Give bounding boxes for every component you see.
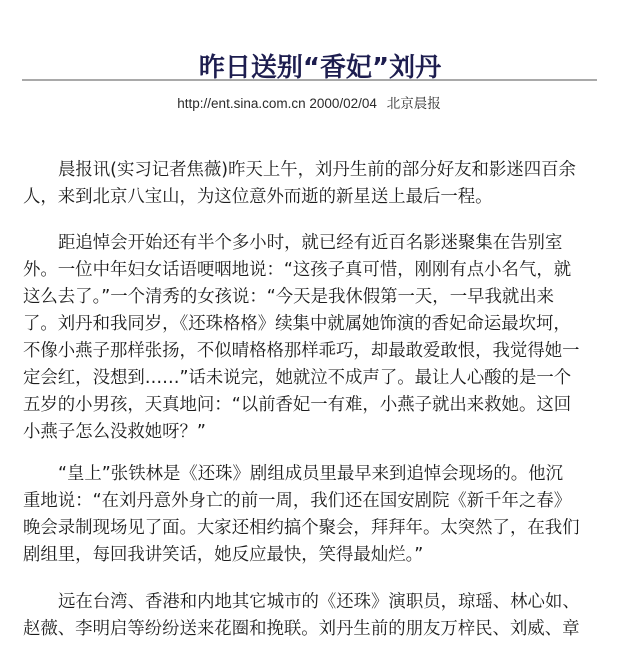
title-divider bbox=[22, 79, 597, 81]
paragraph-line: 赵薇、李明启等纷纷送来花圈和挽联。刘丹生前的朋友万梓民、刘威、章 bbox=[23, 616, 603, 643]
paragraph-line: 远在台湾、香港和内地其它城市的《还珠》演职员，琼瑶、林心如、 bbox=[23, 589, 603, 616]
paragraph-line: 晚会录制现场见了面。大家还相约搞个聚会，拜拜年。太突然了，在我们 bbox=[23, 515, 603, 542]
paragraph-line: 晨报讯(实习记者焦薇)昨天上午，刘丹生前的部分好友和影迷四百余 bbox=[23, 157, 603, 184]
paragraph-line: 定会红，没想到……”话未说完，她就泣不成声了。最让人心酸的是一个 bbox=[23, 365, 603, 392]
paragraph-line: 人，来到北京八宝山，为这位意外而逝的新星送上最后一程。 bbox=[23, 184, 603, 211]
paragraph-1: 晨报讯(实习记者焦薇)昨天上午，刘丹生前的部分好友和影迷四百余 人，来到北京八宝… bbox=[23, 157, 603, 211]
paragraph-3: “皇上”张铁林是《还珠》剧组成员里最早来到追悼会现场的。他沉 重地说：“在刘丹意… bbox=[23, 461, 603, 569]
source-line: http://ent.sina.com.cn 2000/02/04 北京晨报 bbox=[0, 95, 618, 113]
paragraph-line: 距追悼会开始还有半个多小时，就已经有近百名影迷聚集在告别室 bbox=[23, 230, 603, 257]
paragraph-line: 这么去了。”一个清秀的女孩说：“今天是我休假第一天，一早我就出来 bbox=[23, 284, 603, 311]
paragraph-line: 小燕子怎么没救她呀？” bbox=[23, 419, 603, 446]
source-date: 2000/02/04 bbox=[309, 96, 377, 111]
paragraph-line: 外。一位中年妇女话语哽咽地说：“这孩子真可惜，刚刚有点小名气，就 bbox=[23, 257, 603, 284]
paragraph-2: 距追悼会开始还有半个多小时，就已经有近百名影迷聚集在告别室 外。一位中年妇女话语… bbox=[23, 230, 603, 446]
paragraph-line: 了。刘丹和我同岁，《还珠格格》续集中就属她饰演的香妃命运最坎坷， bbox=[23, 311, 603, 338]
source-url[interactable]: http://ent.sina.com.cn bbox=[177, 96, 305, 111]
paragraph-line: 重地说：“在刘丹意外身亡的前一周，我们还在国安剧院《新千年之春》 bbox=[23, 488, 603, 515]
paragraph-4: 远在台湾、香港和内地其它城市的《还珠》演职员，琼瑶、林心如、 赵薇、李明启等纷纷… bbox=[23, 589, 603, 643]
paragraph-line: 不像小燕子那样张扬，不似晴格格那样乖巧，却最敢爱敢恨，我觉得她一 bbox=[23, 338, 603, 365]
source-publisher: 北京晨报 bbox=[387, 96, 441, 111]
paragraph-line: 五岁的小男孩，天真地问：“以前香妃一有难，小燕子就出来救她。这回 bbox=[23, 392, 603, 419]
paragraph-line: “皇上”张铁林是《还珠》剧组成员里最早来到追悼会现场的。他沉 bbox=[23, 461, 603, 488]
paragraph-line: 剧组里，每回我讲笑话，她反应最快，笑得最灿烂。” bbox=[23, 542, 603, 569]
